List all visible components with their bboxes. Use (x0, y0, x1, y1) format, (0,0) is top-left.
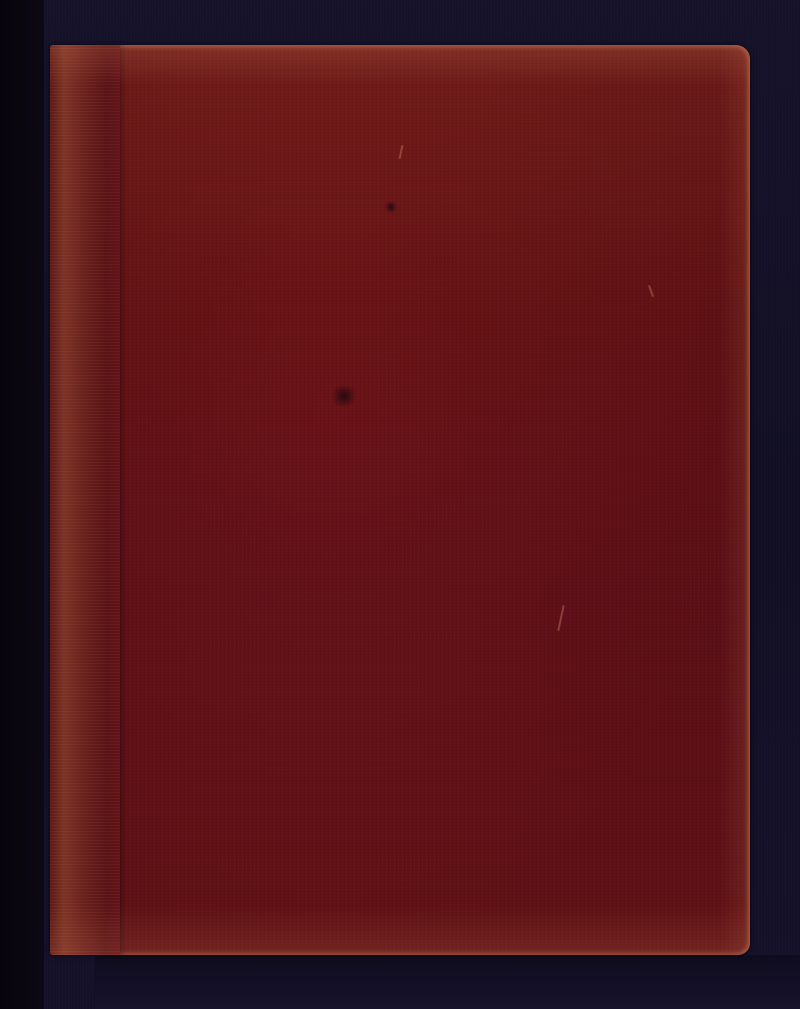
left-shadow (0, 0, 50, 1009)
photo-scene (0, 0, 800, 1009)
book-cover (50, 45, 750, 955)
bottom-edge-wear (50, 905, 750, 955)
book-spine (50, 45, 120, 955)
right-edge-wear (720, 45, 750, 955)
cover-scuff (399, 145, 404, 159)
spine-hinge (120, 45, 126, 955)
cover-stain (330, 385, 358, 407)
top-edge-wear (50, 45, 750, 85)
cover-scuff (557, 605, 564, 631)
cover-scuff (648, 285, 654, 297)
background-cloth-fold (95, 955, 800, 1009)
cover-stain (384, 201, 398, 213)
